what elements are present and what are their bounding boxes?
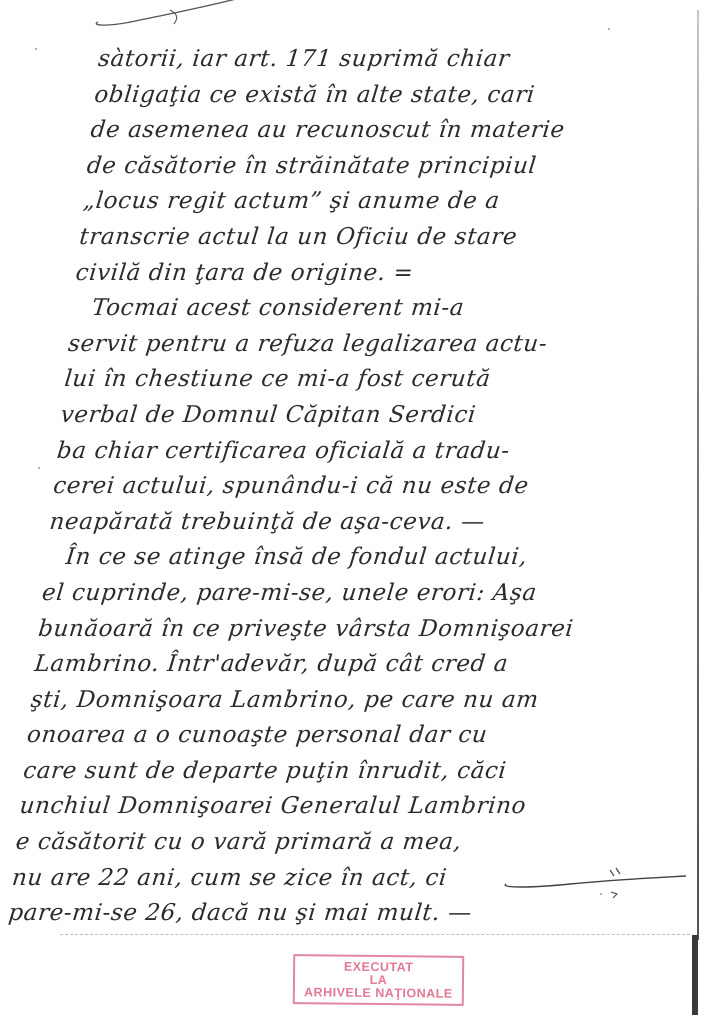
text-line: lui în chestiune ce mi-a fost cerută — [63, 362, 657, 398]
text-line: neapărată trebuinţă de aşa-ceva. — — [48, 505, 642, 541]
text-line: În ce se atinge însă de fondul actului, — [44, 540, 638, 576]
scan-speck — [38, 467, 40, 469]
text-line: sàtorii, iar art. 171 suprimă chiar — [96, 42, 690, 78]
text-line: unchiul Domnişoarei Generalul Lambrino — [18, 789, 612, 825]
scan-speck — [35, 48, 37, 50]
page-fold-line — [60, 934, 690, 935]
archive-stamp: EXECUTAT LA ARHIVELE NAŢIONALE — [293, 954, 465, 1006]
text-line: care sunt de departe puţin înrudit, căci — [21, 754, 615, 790]
text-line: de căsătorie în străinătate principiul — [85, 149, 679, 185]
scan-speck — [608, 28, 610, 30]
scan-speck — [600, 893, 602, 895]
text-line: servit pentru a refuza legalizarea actu- — [66, 327, 660, 363]
signature-flourish-bottom — [500, 862, 690, 902]
page-edge — [697, 10, 699, 940]
text-line: verbal de Domnul Căpitan Serdici — [59, 398, 653, 434]
signature-flourish-top — [70, 0, 270, 30]
text-line: onoarea a o cunoaşte personal dar cu — [25, 718, 619, 754]
text-line: cerei actului, spunându-i că nu este de — [51, 469, 645, 505]
text-line: obligaţia ce există în alte state, cari — [93, 78, 687, 114]
text-line: şti, Domnişoara Lambrino, pe care nu am — [29, 683, 623, 719]
document-page: sàtorii, iar art. 171 suprimă chiaroblig… — [0, 0, 704, 1024]
text-line: ba chiar certificarea oficială a tradu- — [55, 434, 649, 470]
stamp-line-3: ARHIVELE NAŢIONALE — [295, 986, 462, 1001]
text-line: transcrie actul la un Oficiu de stare — [78, 220, 672, 256]
text-line: bunăoară în ce priveşte vârsta Domnişoar… — [36, 612, 630, 648]
text-line: civilă din ţara de origine. = — [74, 256, 668, 292]
text-line: de asemenea au recunoscut în materie — [89, 113, 683, 149]
text-line: Lambrino. Într'adevăr, după cât cred a — [33, 647, 627, 683]
text-line: Tocmai acest considerent mi-a — [70, 291, 664, 327]
text-line: el cuprinde, pare-mi-se, unele erori: Aş… — [40, 576, 634, 612]
text-line: „locus regit actum” şi anume de a — [81, 184, 675, 220]
page-edge-shadow — [692, 935, 698, 1015]
handwritten-text: sàtorii, iar art. 171 suprimă chiaroblig… — [6, 42, 690, 932]
text-line: e căsătorit cu o vară primară a mea, — [14, 825, 608, 861]
